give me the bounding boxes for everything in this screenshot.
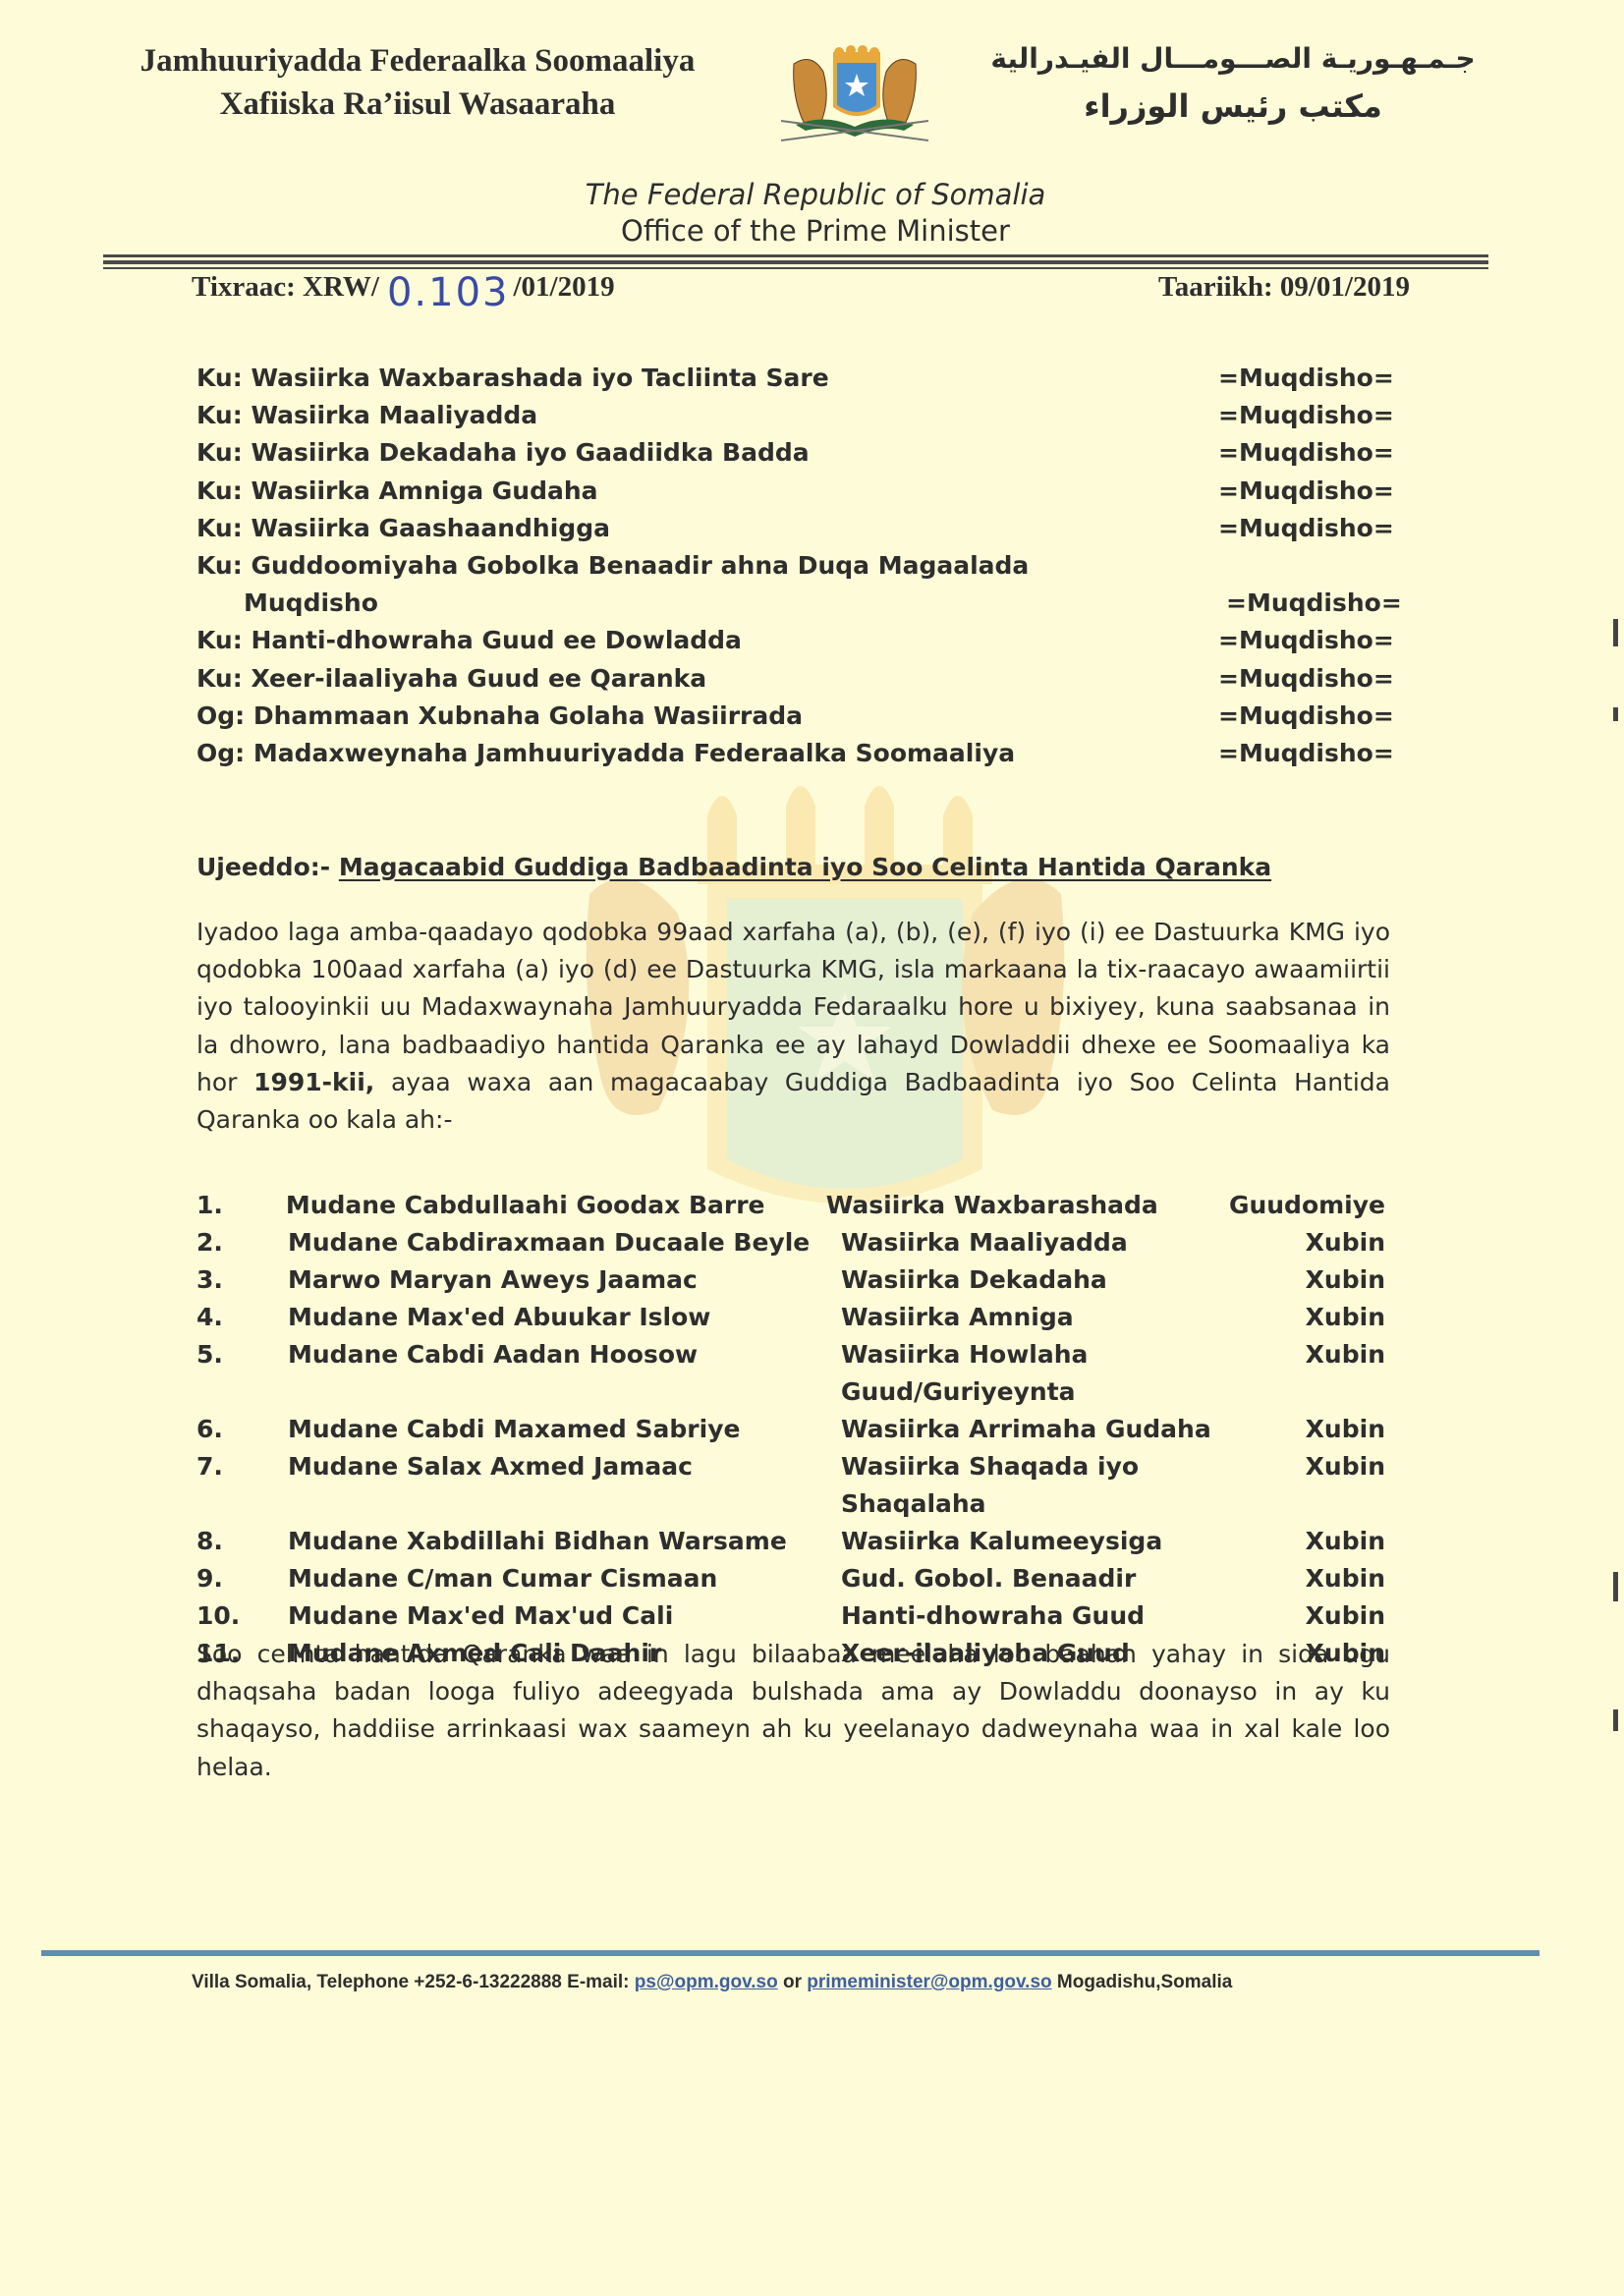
member-ministry: Wasiirka Amniga [841, 1299, 1254, 1336]
member-number: 6. [196, 1411, 288, 1448]
member-name: Marwo Maryan Aweys Jaamac [288, 1261, 841, 1299]
addressee-row: Og: Dhammaan Xubnaha Golaha Wasiirrada=M… [196, 698, 1385, 735]
addressee-text: Wasiirka Maaliyadda [251, 401, 537, 429]
email-link-primeminister[interactable]: primeminister@opm.gov.so [807, 1972, 1051, 1992]
addressee-text: Madaxweynaha Jamhuuriyadda Federaalka So… [253, 739, 1015, 767]
addressee-city [1218, 547, 1385, 585]
addressee-name: Ku: Wasiirka Maaliyadda [196, 397, 537, 434]
addressee-city: =Muqdisho= [1218, 735, 1385, 772]
footer-prefix: Villa Somalia, Telephone +252-6-13222888… [192, 1972, 635, 1992]
table-row: 2.Mudane Cabdiraxmaan Ducaale BeyleWasii… [196, 1224, 1385, 1261]
addressee-city: =Muqdisho= [1218, 622, 1385, 659]
member-ministry: Wasiirka Shaqada iyo Shaqalaha [841, 1448, 1254, 1523]
addressee-text: Xeer-ilaaliyaha Guud ee Qaranka [251, 664, 706, 693]
subject-text: Magacaabid Guddiga Badbaadinta iyo Soo C… [339, 853, 1271, 881]
addressee-city: =Muqdisho= [1218, 434, 1385, 472]
header-divider [103, 254, 1488, 257]
member-number: 10. [196, 1597, 288, 1635]
table-row: 10.Mudane Max'ed Max'ud CaliHanti-dhowra… [196, 1597, 1385, 1635]
addressee-name: Ku: Xeer-ilaaliyaha Guud ee Qaranka [196, 660, 706, 698]
addressee-name: Muqdisho [244, 585, 378, 622]
table-row: 9.Mudane C/man Cumar CismaanGud. Gobol. … [196, 1560, 1385, 1597]
member-role: Guudomiye [1229, 1187, 1385, 1224]
member-name: Mudane Salax Axmed Jamaac [288, 1448, 841, 1523]
somalia-coat-of-arms-icon [756, 34, 953, 162]
scan-edge-mark [1613, 707, 1618, 721]
addressee-row: Ku: Hanti-dhowraha Guud ee Dowladda=Muqd… [196, 622, 1385, 659]
member-name: Mudane Cabdiraxmaan Ducaale Beyle [288, 1224, 841, 1261]
member-role: Xubin [1254, 1336, 1385, 1411]
member-number: 7. [196, 1448, 288, 1523]
addressee-row: Ku: Wasiirka Amniga Gudaha=Muqdisho= [196, 473, 1385, 510]
scan-edge-mark [1613, 1709, 1618, 1731]
header-somali-title: Jamhuuriyadda Federaalka Soomaaliya Xafi… [93, 39, 742, 126]
member-role: Xubin [1254, 1448, 1385, 1523]
member-number: 3. [196, 1261, 288, 1299]
document-date: Taariikh: 09/01/2019 [1158, 267, 1410, 307]
addressee-city: =Muqdisho= [1218, 510, 1385, 547]
member-role: Xubin [1254, 1597, 1385, 1635]
addressee-name: Ku: Wasiirka Gaashaandhigga [196, 510, 610, 547]
addressee-city: =Muqdisho= [1218, 473, 1385, 510]
header-left-line1: Jamhuuriyadda Federaalka Soomaaliya [93, 39, 742, 83]
addressee-text: Dhammaan Xubnaha Golaha Wasiirrada [253, 701, 803, 730]
member-name: Mudane C/man Cumar Cismaan [288, 1560, 841, 1597]
member-number: 2. [196, 1224, 288, 1261]
english-line1: The Federal Republic of Somalia [491, 177, 1140, 213]
table-row: 8.Mudane Xabdillahi Bidhan WarsameWasiir… [196, 1523, 1385, 1560]
addressee-row: Muqdisho=Muqdisho= [196, 585, 1385, 622]
addressee-prefix: Ku: [196, 476, 243, 505]
member-role: Xubin [1254, 1560, 1385, 1597]
addressee-text: Hanti-dhowraha Guud ee Dowladda [251, 626, 741, 654]
intro-paragraph: Iyadoo laga amba-qaadayo qodobka 99aad x… [196, 914, 1390, 1139]
addressee-row: Ku: Guddoomiyaha Gobolka Benaadir ahna D… [196, 547, 1385, 585]
addressee-city: =Muqdisho= [1218, 660, 1385, 698]
handwritten-number: 0.103 [387, 273, 510, 312]
reference-row: Tixraac: XRW/ 0.103 /01/2019 Taariikh: 0… [192, 267, 1410, 307]
header-right-line2: مكتب رئيس الوزراء [968, 81, 1498, 132]
subject-line: Ujeeddo:- Magacaabid Guddiga Badbaadinta… [196, 850, 1271, 885]
intro-bold-year: 1991-kii, [253, 1068, 374, 1096]
addressee-text: Wasiirka Dekadaha iyo Gaadiidka Badda [251, 438, 809, 467]
addressee-name: Ku: Guddoomiyaha Gobolka Benaadir ahna D… [196, 547, 1029, 585]
addressee-prefix: Ku: [196, 438, 243, 467]
footer-suffix: Mogadishu,Somalia [1052, 1972, 1233, 1992]
addressee-name: Ku: Wasiirka Amniga Gudaha [196, 473, 598, 510]
member-ministry: Wasiirka Dekadaha [841, 1261, 1254, 1299]
addressee-prefix: Ku: [196, 364, 243, 392]
reference-number: Tixraac: XRW/ 0.103 /01/2019 [192, 267, 615, 307]
subject-label: Ujeeddo:- [196, 853, 339, 881]
member-name: Mudane Max'ed Abuukar Islow [288, 1299, 841, 1336]
member-role: Xubin [1254, 1261, 1385, 1299]
addressee-text: Wasiirka Amniga Gudaha [251, 476, 597, 505]
table-row: 3.Marwo Maryan Aweys JaamacWasiirka Deka… [196, 1261, 1385, 1299]
table-row: 1.Mudane Cabdullaahi Goodax BarreWasiirk… [196, 1187, 1385, 1224]
addressee-name: Ku: Wasiirka Dekadaha iyo Gaadiidka Badd… [196, 434, 810, 472]
table-row: 7.Mudane Salax Axmed JamaacWasiirka Shaq… [196, 1448, 1385, 1523]
addressee-row: Ku: Wasiirka Waxbarashada iyo Tacliinta … [196, 360, 1385, 397]
closing-paragraph: Soo celinta hantida Qaranka waa in lagu … [196, 1636, 1390, 1786]
footer-divider [41, 1950, 1540, 1956]
member-ministry: Wasiirka Maaliyadda [841, 1224, 1254, 1261]
addressee-prefix: Ku: [196, 401, 243, 429]
footer-or: or [778, 1972, 808, 1992]
addressee-prefix: Og: [196, 739, 245, 767]
addressee-name: Ku: Hanti-dhowraha Guud ee Dowladda [196, 622, 742, 659]
header-left-line2: Xafiiska Ra’iisul Wasaaraha [93, 83, 742, 126]
scan-edge-mark [1613, 619, 1618, 646]
footer-contact: Villa Somalia, Telephone +252-6-13222888… [192, 1970, 1400, 1995]
header-english-title: The Federal Republic of Somalia Office o… [491, 177, 1140, 250]
member-ministry: Wasiirka Kalumeeysiga [841, 1523, 1254, 1560]
addressee-prefix: Og: [196, 701, 245, 730]
member-ministry: Gud. Gobol. Benaadir [841, 1560, 1254, 1597]
addressee-row: Ku: Wasiirka Dekadaha iyo Gaadiidka Badd… [196, 434, 1385, 472]
addressee-city: =Muqdisho= [1218, 360, 1385, 397]
addressee-name: Og: Dhammaan Xubnaha Golaha Wasiirrada [196, 698, 803, 735]
reference-suffix: /01/2019 [513, 267, 614, 307]
addressee-city: =Muqdisho= [1218, 698, 1385, 735]
addressee-row: Og: Madaxweynaha Jamhuuriyadda Federaalk… [196, 735, 1385, 772]
member-number: 1. [196, 1187, 286, 1224]
addressee-text: Wasiirka Waxbarashada iyo Tacliinta Sare [251, 364, 828, 392]
member-number: 9. [196, 1560, 288, 1597]
member-role: Xubin [1254, 1411, 1385, 1448]
header-right-line1: جـمـهـوريـة الصـــومـــال الفيـدرالية [968, 37, 1498, 81]
addressee-city: =Muqdisho= [1218, 585, 1385, 622]
addressee-text: Guddoomiyaha Gobolka Benaadir ahna Duqa … [251, 551, 1029, 580]
member-name: Mudane Cabdullaahi Goodax Barre [286, 1187, 826, 1224]
addressee-city: =Muqdisho= [1218, 397, 1385, 434]
member-role: Xubin [1254, 1299, 1385, 1336]
member-name: Mudane Cabdi Aadan Hoosow [288, 1336, 841, 1411]
english-line2: Office of the Prime Minister [491, 213, 1140, 250]
addressee-row: Ku: Wasiirka Gaashaandhigga=Muqdisho= [196, 510, 1385, 547]
addressee-list: Ku: Wasiirka Waxbarashada iyo Tacliinta … [196, 360, 1385, 772]
member-ministry: Hanti-dhowraha Guud [841, 1597, 1254, 1635]
member-number: 8. [196, 1523, 288, 1560]
member-number: 4. [196, 1299, 288, 1336]
member-name: Mudane Max'ed Max'ud Cali [288, 1597, 841, 1635]
committee-members-table: 1.Mudane Cabdullaahi Goodax BarreWasiirk… [196, 1187, 1385, 1672]
addressee-prefix: Ku: [196, 551, 243, 580]
header-divider [103, 260, 1488, 264]
reference-label: Tixraac: XRW/ [192, 267, 379, 307]
addressee-name: Ku: Wasiirka Waxbarashada iyo Tacliinta … [196, 360, 829, 397]
addressee-prefix: Ku: [196, 626, 243, 654]
addressee-text: Wasiirka Gaashaandhigga [251, 514, 610, 542]
intro-text-2: ayaa waxa aan magacaabay Guddiga Badbaad… [196, 1068, 1390, 1134]
addressee-prefix: Ku: [196, 664, 243, 693]
scan-edge-mark [1613, 1572, 1618, 1601]
email-link-ps[interactable]: ps@opm.gov.so [635, 1972, 778, 1992]
member-ministry: Wasiirka Howlaha Guud/Guriyeynta [841, 1336, 1254, 1411]
member-number: 5. [196, 1336, 288, 1411]
addressee-row: Ku: Wasiirka Maaliyadda=Muqdisho= [196, 397, 1385, 434]
table-row: 6.Mudane Cabdi Maxamed SabriyeWasiirka A… [196, 1411, 1385, 1448]
addressee-prefix: Ku: [196, 514, 243, 542]
member-ministry: Wasiirka Waxbarashada [826, 1187, 1229, 1224]
member-ministry: Wasiirka Arrimaha Gudaha [841, 1411, 1254, 1448]
member-role: Xubin [1254, 1523, 1385, 1560]
member-role: Xubin [1254, 1224, 1385, 1261]
member-name: Mudane Xabdillahi Bidhan Warsame [288, 1523, 841, 1560]
member-name: Mudane Cabdi Maxamed Sabriye [288, 1411, 841, 1448]
header-arabic-title: جـمـهـوريـة الصـــومـــال الفيـدرالية مك… [968, 37, 1498, 132]
addressee-name: Og: Madaxweynaha Jamhuuriyadda Federaalk… [196, 735, 1015, 772]
table-row: 5.Mudane Cabdi Aadan HoosowWasiirka Howl… [196, 1336, 1385, 1411]
table-row: 4.Mudane Max'ed Abuukar IslowWasiirka Am… [196, 1299, 1385, 1336]
addressee-row: Ku: Xeer-ilaaliyaha Guud ee Qaranka=Muqd… [196, 660, 1385, 698]
